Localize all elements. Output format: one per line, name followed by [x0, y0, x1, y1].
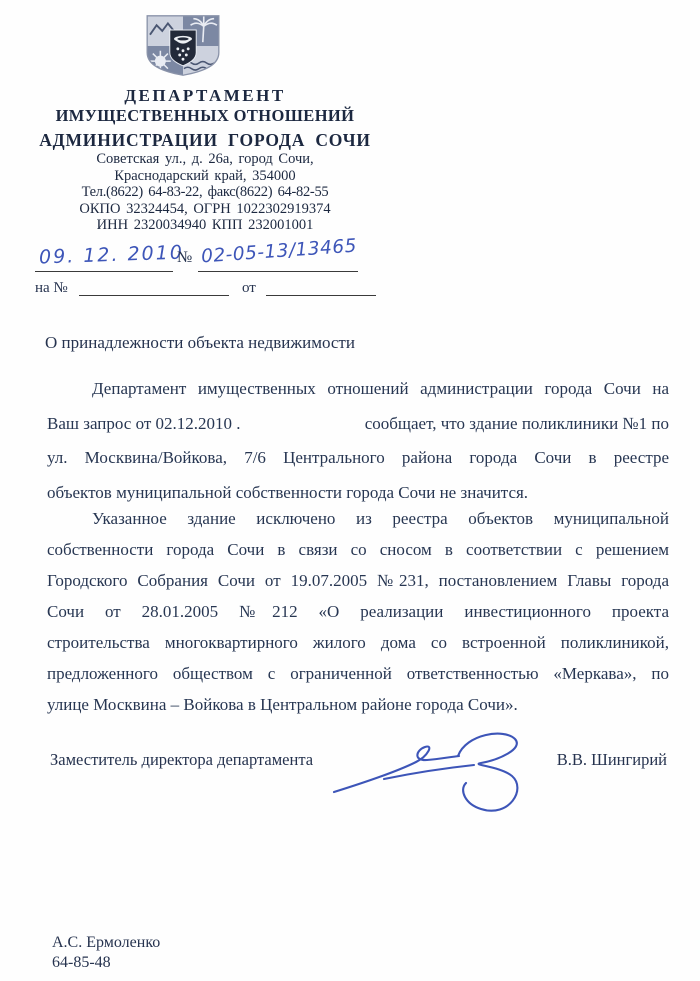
org-name-line2: ИМУЩЕСТВЕННЫХ ОТНОШЕНИЙ: [22, 106, 388, 126]
sochi-coat-of-arms-icon: [139, 13, 227, 79]
signer-position: Заместитель директора департамента: [50, 750, 313, 770]
paragraph-2: Указанное здание исключено из реестра об…: [47, 503, 669, 720]
p2-line2: собственности города Сочи в связи со сно…: [47, 534, 669, 565]
address-line1: Советская ул., д. 26а, город Сочи,: [22, 151, 388, 168]
p2-line4: Сочи от 28.01.2005 №212 «О реализации ин…: [47, 596, 669, 627]
outgoing-reference-row: 09. 12. 2010 № 02-05-13/13465: [35, 241, 375, 275]
org-name-line1: ДЕПАРТАМЕНТ: [22, 86, 388, 106]
p2-line1: Указанное здание исключено из реестра об…: [47, 503, 669, 534]
number-sign: №: [177, 249, 192, 267]
inn-kpp-line: ИНН 2320034940 КПП 232001001: [22, 217, 388, 234]
p2-line3: Городского Собрания Сочи от 19.07.2005 №…: [47, 565, 669, 596]
scanned-letter-page: ДЕПАРТАМЕНТ ИМУЩЕСТВЕННЫХ ОТНОШЕНИЙ АДМИ…: [0, 0, 700, 981]
p2-line6: предложенного обществом с ограниченной о…: [47, 658, 669, 689]
subject-line: О принадлежности объекта недвижимости: [45, 333, 355, 353]
p1-line1: Департамент имущественных отношений адми…: [47, 372, 669, 407]
org-name-line3: АДМИНИСТРАЦИИ ГОРОДА СОЧИ: [22, 129, 388, 151]
phone-fax-line: Тел.(8622) 64-83-22, факс(8622) 64-82-55: [22, 184, 388, 201]
executor-block: А.С. Ермоленко 64-85-48: [52, 933, 160, 973]
p2-line5: строительства многоквартирного жилого до…: [47, 627, 669, 658]
p1-line2: Ваш запрос от 02.12.2010 . сообщает, что…: [47, 407, 669, 442]
reply-reference-row: на № от: [35, 280, 375, 302]
p1-line2-left: Ваш запрос от 02.12.2010 .: [47, 407, 241, 442]
okpo-ogrn-line: ОКПО 32324454, ОГРН 1022302919374: [22, 201, 388, 218]
letterhead: ДЕПАРТАМЕНТ ИМУЩЕСТВЕННЫХ ОТНОШЕНИЙ АДМИ…: [22, 86, 388, 234]
executor-phone: 64-85-48: [52, 953, 160, 973]
handwritten-signature-icon: [328, 726, 546, 830]
reply-date-underline: [266, 278, 376, 296]
paragraph-1: Департамент имущественных отношений адми…: [47, 372, 669, 510]
reply-from-label: от: [242, 280, 256, 297]
signer-name: В.В. Шингирий: [557, 750, 667, 770]
reply-number-underline: [79, 278, 229, 296]
reply-to-label: на №: [35, 280, 68, 297]
p1-line3: ул. Москвина/Войкова, 7/6 Центрального р…: [47, 441, 669, 476]
p1-line2-right: сообщает, что здание поликлиники №1 по: [365, 407, 669, 442]
p2-line7: улице Москвина – Войкова в Центральном р…: [47, 689, 669, 720]
executor-name: А.С. Ермоленко: [52, 933, 160, 953]
address-line2: Краснодарский край, 354000: [22, 168, 388, 185]
